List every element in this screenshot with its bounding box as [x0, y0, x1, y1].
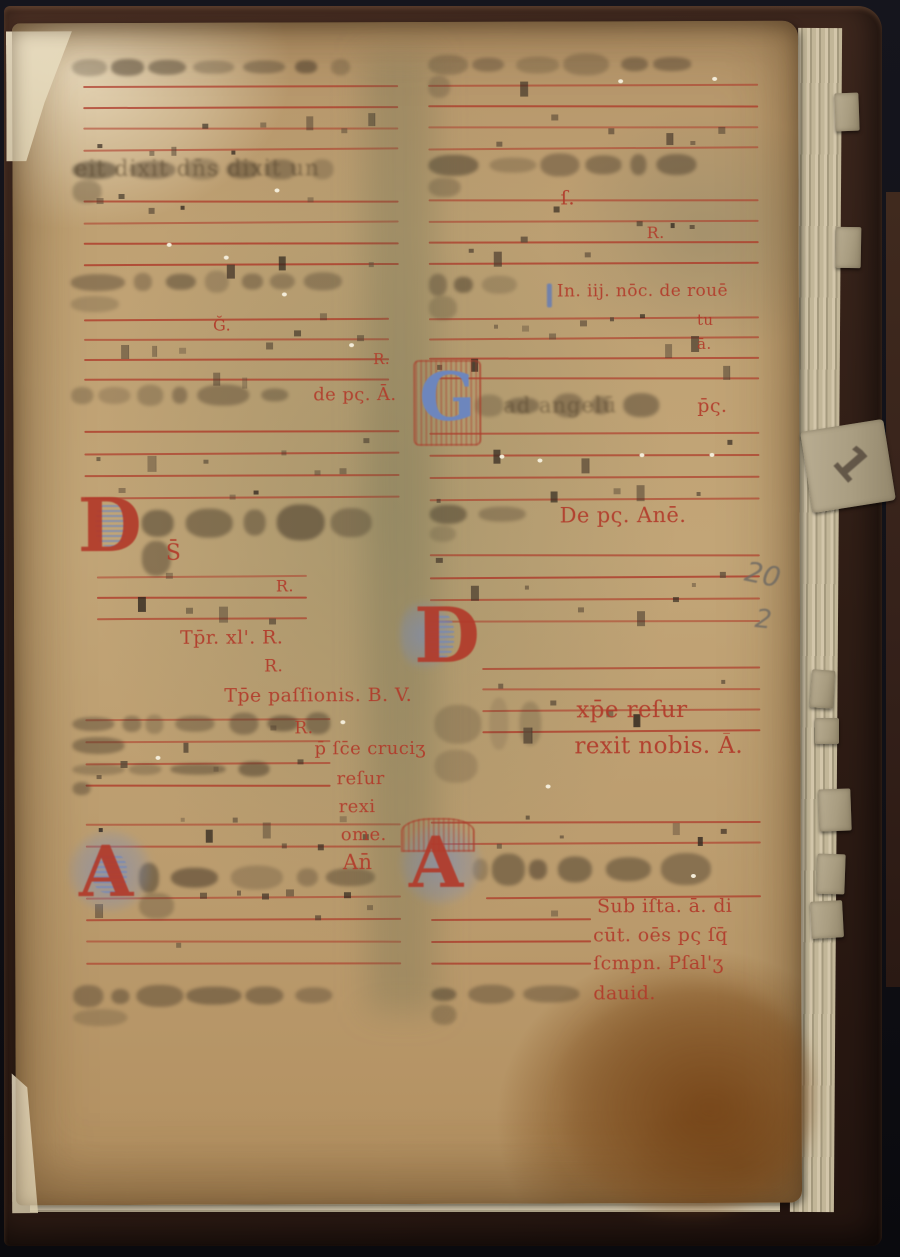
initial-letter: A — [409, 821, 464, 904]
neume-mark — [317, 844, 324, 850]
neume-mark — [497, 843, 503, 848]
neume-mark — [522, 325, 529, 331]
neume-mark — [183, 743, 189, 753]
rubric-sub-ista-line2: cūt. oēs pς ſq̄ — [593, 926, 728, 945]
neume-mark — [665, 344, 673, 358]
neume-mark — [262, 894, 268, 900]
neume-mark — [436, 558, 442, 564]
faded-text-smudge — [428, 153, 733, 180]
ink-flake-speck — [349, 343, 354, 347]
neume-mark — [233, 817, 238, 822]
neume-mark — [341, 128, 347, 133]
neume-mark — [229, 494, 235, 500]
neume-mark — [307, 197, 313, 202]
stave-line — [84, 201, 399, 203]
faded-text-smudge — [72, 712, 367, 737]
index-tab — [836, 227, 862, 268]
index-tab — [810, 669, 836, 709]
neume-mark — [171, 146, 176, 156]
rubric-tempore-xl: Tp̄r. xl'. R. — [180, 628, 283, 647]
neume-mark — [584, 252, 590, 257]
stave-line — [84, 378, 389, 380]
neume-mark — [551, 911, 558, 917]
rubric-sce-crucis: p̄ ſc̄e cruciʒ — [314, 740, 426, 758]
neume-mark — [315, 470, 321, 476]
tab-numeral: 1 — [822, 436, 881, 493]
neume-mark — [580, 321, 587, 327]
stave-line — [83, 106, 398, 109]
rubric-resur: reſur — [337, 770, 385, 788]
stave-line — [83, 128, 398, 130]
faded-text-smudge — [72, 56, 372, 79]
faded-text-smudge — [73, 984, 383, 1009]
faded-text-smudge — [71, 384, 306, 409]
neume-mark — [148, 456, 156, 472]
stave-line — [431, 842, 761, 846]
decorated-initial-A-left: A — [79, 837, 134, 907]
neume-mark — [549, 334, 556, 340]
neume-mark — [219, 607, 228, 624]
neume-mark — [176, 942, 182, 947]
faded-text-smudge — [473, 853, 728, 888]
neume-mark — [719, 127, 726, 133]
stave-line — [430, 497, 760, 501]
rubric-tempore-passionis: Tp̄e paſſionis. B. V. — [224, 686, 412, 706]
neume-mark — [637, 221, 643, 226]
ink-flake-speck — [537, 459, 542, 463]
neume-mark — [120, 761, 127, 768]
stave-line — [431, 963, 591, 965]
faded-text-fragment: ad angelū — [503, 395, 617, 416]
neume-mark — [294, 330, 301, 336]
neume-mark — [368, 113, 375, 126]
neume-mark — [344, 892, 351, 898]
neume-mark — [282, 843, 287, 848]
stave-line — [84, 358, 389, 361]
decorated-initial-D-left: D — [78, 489, 143, 563]
stave-line — [86, 962, 401, 964]
index-tab — [816, 854, 845, 895]
neume-mark — [520, 81, 528, 97]
index-tab — [810, 900, 844, 939]
adjacent-binding-strip — [886, 192, 900, 987]
rubric-s-mark: S̄ — [166, 543, 182, 565]
index-tab — [815, 718, 839, 744]
faded-text-smudge — [73, 758, 298, 777]
neume-mark — [270, 725, 276, 730]
stain-bottom-right — [560, 981, 811, 1212]
stave-line — [84, 220, 399, 224]
neume-mark — [525, 586, 529, 590]
rubric-r-mark: R. — [264, 658, 283, 675]
stave-line — [429, 220, 759, 223]
ink-flake-speck — [282, 292, 287, 296]
faded-text-smudge — [434, 697, 574, 753]
pencil-folio-number: 20 — [742, 557, 783, 592]
neume-mark — [315, 915, 321, 920]
stave-line — [428, 84, 758, 87]
neume-mark — [206, 830, 213, 843]
decorated-initial-A-right: A — [409, 828, 464, 898]
neume-mark — [437, 499, 441, 503]
stave-line — [482, 688, 760, 690]
neume-mark — [608, 129, 614, 134]
neume-mark — [253, 490, 258, 494]
neume-mark — [494, 325, 498, 329]
neume-mark — [138, 597, 146, 612]
ink-flake-speck — [224, 256, 229, 260]
neume-mark — [637, 611, 645, 626]
rubric-r-mark: R. — [373, 352, 390, 367]
pencil-secondary-number: 2 — [754, 606, 773, 634]
index-tab — [818, 788, 851, 831]
neume-mark — [698, 837, 703, 846]
neume-mark — [696, 492, 700, 496]
neume-mark — [204, 460, 209, 464]
neume-mark — [524, 728, 532, 744]
decorated-initial-G-right: G — [419, 364, 476, 430]
neume-mark — [213, 372, 220, 385]
rubric-sub-ista-line1: Sub iſta. ā. di — [597, 897, 732, 916]
neume-mark — [553, 206, 559, 212]
neume-mark — [494, 252, 502, 267]
stave-line — [83, 147, 398, 151]
faded-text-smudge — [71, 270, 381, 295]
neume-mark — [119, 194, 125, 199]
neume-mark — [498, 684, 503, 689]
faded-text-smudge — [430, 503, 560, 529]
neume-mark — [469, 249, 474, 253]
neume-mark — [149, 208, 155, 214]
neume-mark — [497, 142, 502, 147]
manuscript-photo: 1 eit dixit dn̄s dixit un Ğ. R. de pς. Ā… — [0, 0, 900, 1257]
neume-mark — [227, 264, 234, 278]
neume-mark — [610, 318, 614, 322]
neume-mark — [613, 488, 620, 494]
neume-mark — [262, 822, 270, 838]
neume-mark — [297, 759, 303, 764]
ink-flake-speck — [275, 188, 280, 192]
stave-line — [84, 242, 399, 244]
neume-mark — [666, 133, 673, 146]
neume-mark — [357, 335, 363, 341]
neume-mark — [202, 124, 207, 129]
neume-mark — [279, 256, 286, 270]
rubric-margin-a: ā. — [697, 337, 712, 352]
stave-line — [429, 262, 759, 265]
rubric-r-mark: R. — [294, 720, 313, 737]
neume-mark — [231, 151, 236, 155]
stave-line — [431, 821, 761, 824]
initial-letter: A — [79, 830, 134, 913]
rubric-xpe-resur: xp̄e reſur — [576, 699, 687, 722]
rubric-g-mark: Ğ. — [213, 318, 231, 334]
neume-mark — [214, 767, 219, 772]
neume-mark — [200, 893, 207, 899]
stave-line — [431, 918, 591, 921]
neume-mark — [560, 835, 564, 839]
neume-mark — [636, 485, 644, 501]
neume-mark — [721, 829, 727, 834]
neume-mark — [266, 343, 273, 350]
neume-mark — [364, 438, 370, 443]
ink-flake-speck — [691, 874, 696, 878]
ink-flake-speck — [155, 756, 160, 760]
stave-line — [84, 263, 399, 266]
ink-flake-speck — [712, 77, 717, 81]
blue-paraph-mark — [547, 283, 552, 307]
decorated-initial-D-right: D — [414, 598, 481, 674]
rubric-sub-ista-line4: dauid. — [593, 984, 655, 1003]
rubric-in-iij-noc: In. iij. nōc. de rouē — [557, 283, 728, 301]
faded-text-smudge — [428, 53, 728, 78]
neume-mark — [121, 345, 128, 359]
neume-mark — [525, 816, 529, 820]
neume-mark — [521, 237, 528, 243]
stave-line — [97, 597, 307, 599]
neume-mark — [640, 314, 645, 318]
neume-mark — [286, 889, 293, 896]
neume-mark — [306, 116, 313, 130]
stave-line — [428, 126, 758, 128]
stave-line — [428, 146, 758, 150]
neume-mark — [237, 891, 242, 895]
neume-mark — [340, 468, 347, 474]
ink-flake-speck — [546, 784, 551, 788]
neume-mark — [97, 198, 104, 205]
rubric-rexit-nobis: rexit nobis. Ā. — [574, 735, 743, 759]
stave-line — [86, 918, 401, 921]
neume-mark — [181, 206, 185, 210]
stave-line — [86, 940, 401, 942]
ink-flake-speck — [167, 243, 172, 247]
neume-mark — [691, 141, 696, 145]
rubric-an: An̄ — [343, 852, 373, 873]
ink-flake-speck — [618, 79, 623, 83]
rubric-rexi: rexi — [339, 798, 376, 816]
stave-line — [83, 85, 398, 88]
neume-mark — [551, 114, 558, 121]
neume-mark — [551, 491, 557, 502]
rubric-s-mark: ſ. — [561, 187, 576, 207]
initial-letter: D — [414, 591, 481, 680]
stave-line — [482, 667, 760, 670]
neume-mark — [242, 378, 248, 388]
neume-mark — [721, 680, 725, 684]
neume-mark — [550, 700, 556, 705]
neume-mark — [690, 225, 695, 230]
manuscript-page: eit dixit dn̄s dixit un Ğ. R. de pς. Ā. … — [12, 21, 802, 1206]
neume-mark — [97, 144, 102, 149]
neume-mark — [152, 346, 158, 356]
stave-line — [86, 785, 331, 787]
neume-mark — [720, 572, 726, 578]
ink-flake-speck — [639, 453, 644, 457]
neume-mark — [578, 607, 584, 612]
stave-line — [429, 199, 759, 201]
neume-mark — [673, 823, 680, 836]
neume-mark — [149, 151, 154, 156]
index-tab — [834, 93, 859, 132]
stave-line — [84, 452, 399, 456]
neume-mark — [670, 223, 675, 227]
neume-mark — [727, 440, 731, 444]
neume-mark — [166, 573, 173, 579]
stave-line — [431, 940, 591, 943]
rubric-r-mark: R. — [276, 578, 294, 594]
rubric-ome: ome. — [341, 826, 387, 844]
rubric-ps-mark: p̄ς. — [697, 397, 727, 416]
stave-line — [430, 554, 760, 556]
neume-mark — [582, 458, 590, 474]
neume-mark — [367, 905, 372, 910]
stave-line — [429, 241, 759, 243]
neume-mark — [673, 597, 679, 603]
neume-mark — [180, 818, 184, 822]
ink-flake-speck — [340, 720, 345, 724]
neume-mark — [269, 618, 276, 624]
faded-text-line: eit dixit dn̄s dixit un — [74, 158, 320, 181]
rubric-sub-ista-line3: ſcmpn. Pſal'ʒ — [593, 954, 724, 973]
stave-line — [84, 318, 389, 322]
neume-mark — [186, 608, 193, 614]
worn-edge-bottom-left — [12, 1073, 38, 1213]
neume-mark — [260, 123, 265, 128]
index-tab-large: 1 — [800, 419, 896, 513]
neume-mark — [692, 583, 696, 587]
initial-letter: D — [78, 483, 143, 569]
rubric-r-mark: R. — [647, 225, 665, 241]
stave-line — [430, 476, 760, 479]
rubric-margin-tu: tu — [697, 313, 714, 328]
neume-mark — [320, 314, 327, 320]
stave-line — [84, 338, 389, 341]
stave-line — [84, 430, 399, 433]
faded-text-smudge — [429, 273, 551, 301]
neume-mark — [179, 348, 186, 355]
stave-line — [429, 357, 759, 360]
stave-line — [428, 105, 758, 107]
ink-flake-speck — [499, 455, 504, 459]
rubric-de-ps-ane: De pς. Anē. — [560, 505, 687, 526]
neume-mark — [368, 262, 374, 267]
neume-mark — [96, 457, 101, 461]
stave-line — [85, 474, 400, 477]
neume-mark — [281, 450, 287, 455]
stave-line — [430, 575, 760, 579]
rubric-de-ps: de pς. Ā. — [313, 386, 396, 404]
neume-mark — [723, 366, 730, 380]
worn-corner-top-left — [6, 31, 72, 161]
neume-mark — [96, 775, 101, 780]
ink-flake-speck — [709, 453, 714, 457]
initial-letter: G — [419, 358, 476, 436]
